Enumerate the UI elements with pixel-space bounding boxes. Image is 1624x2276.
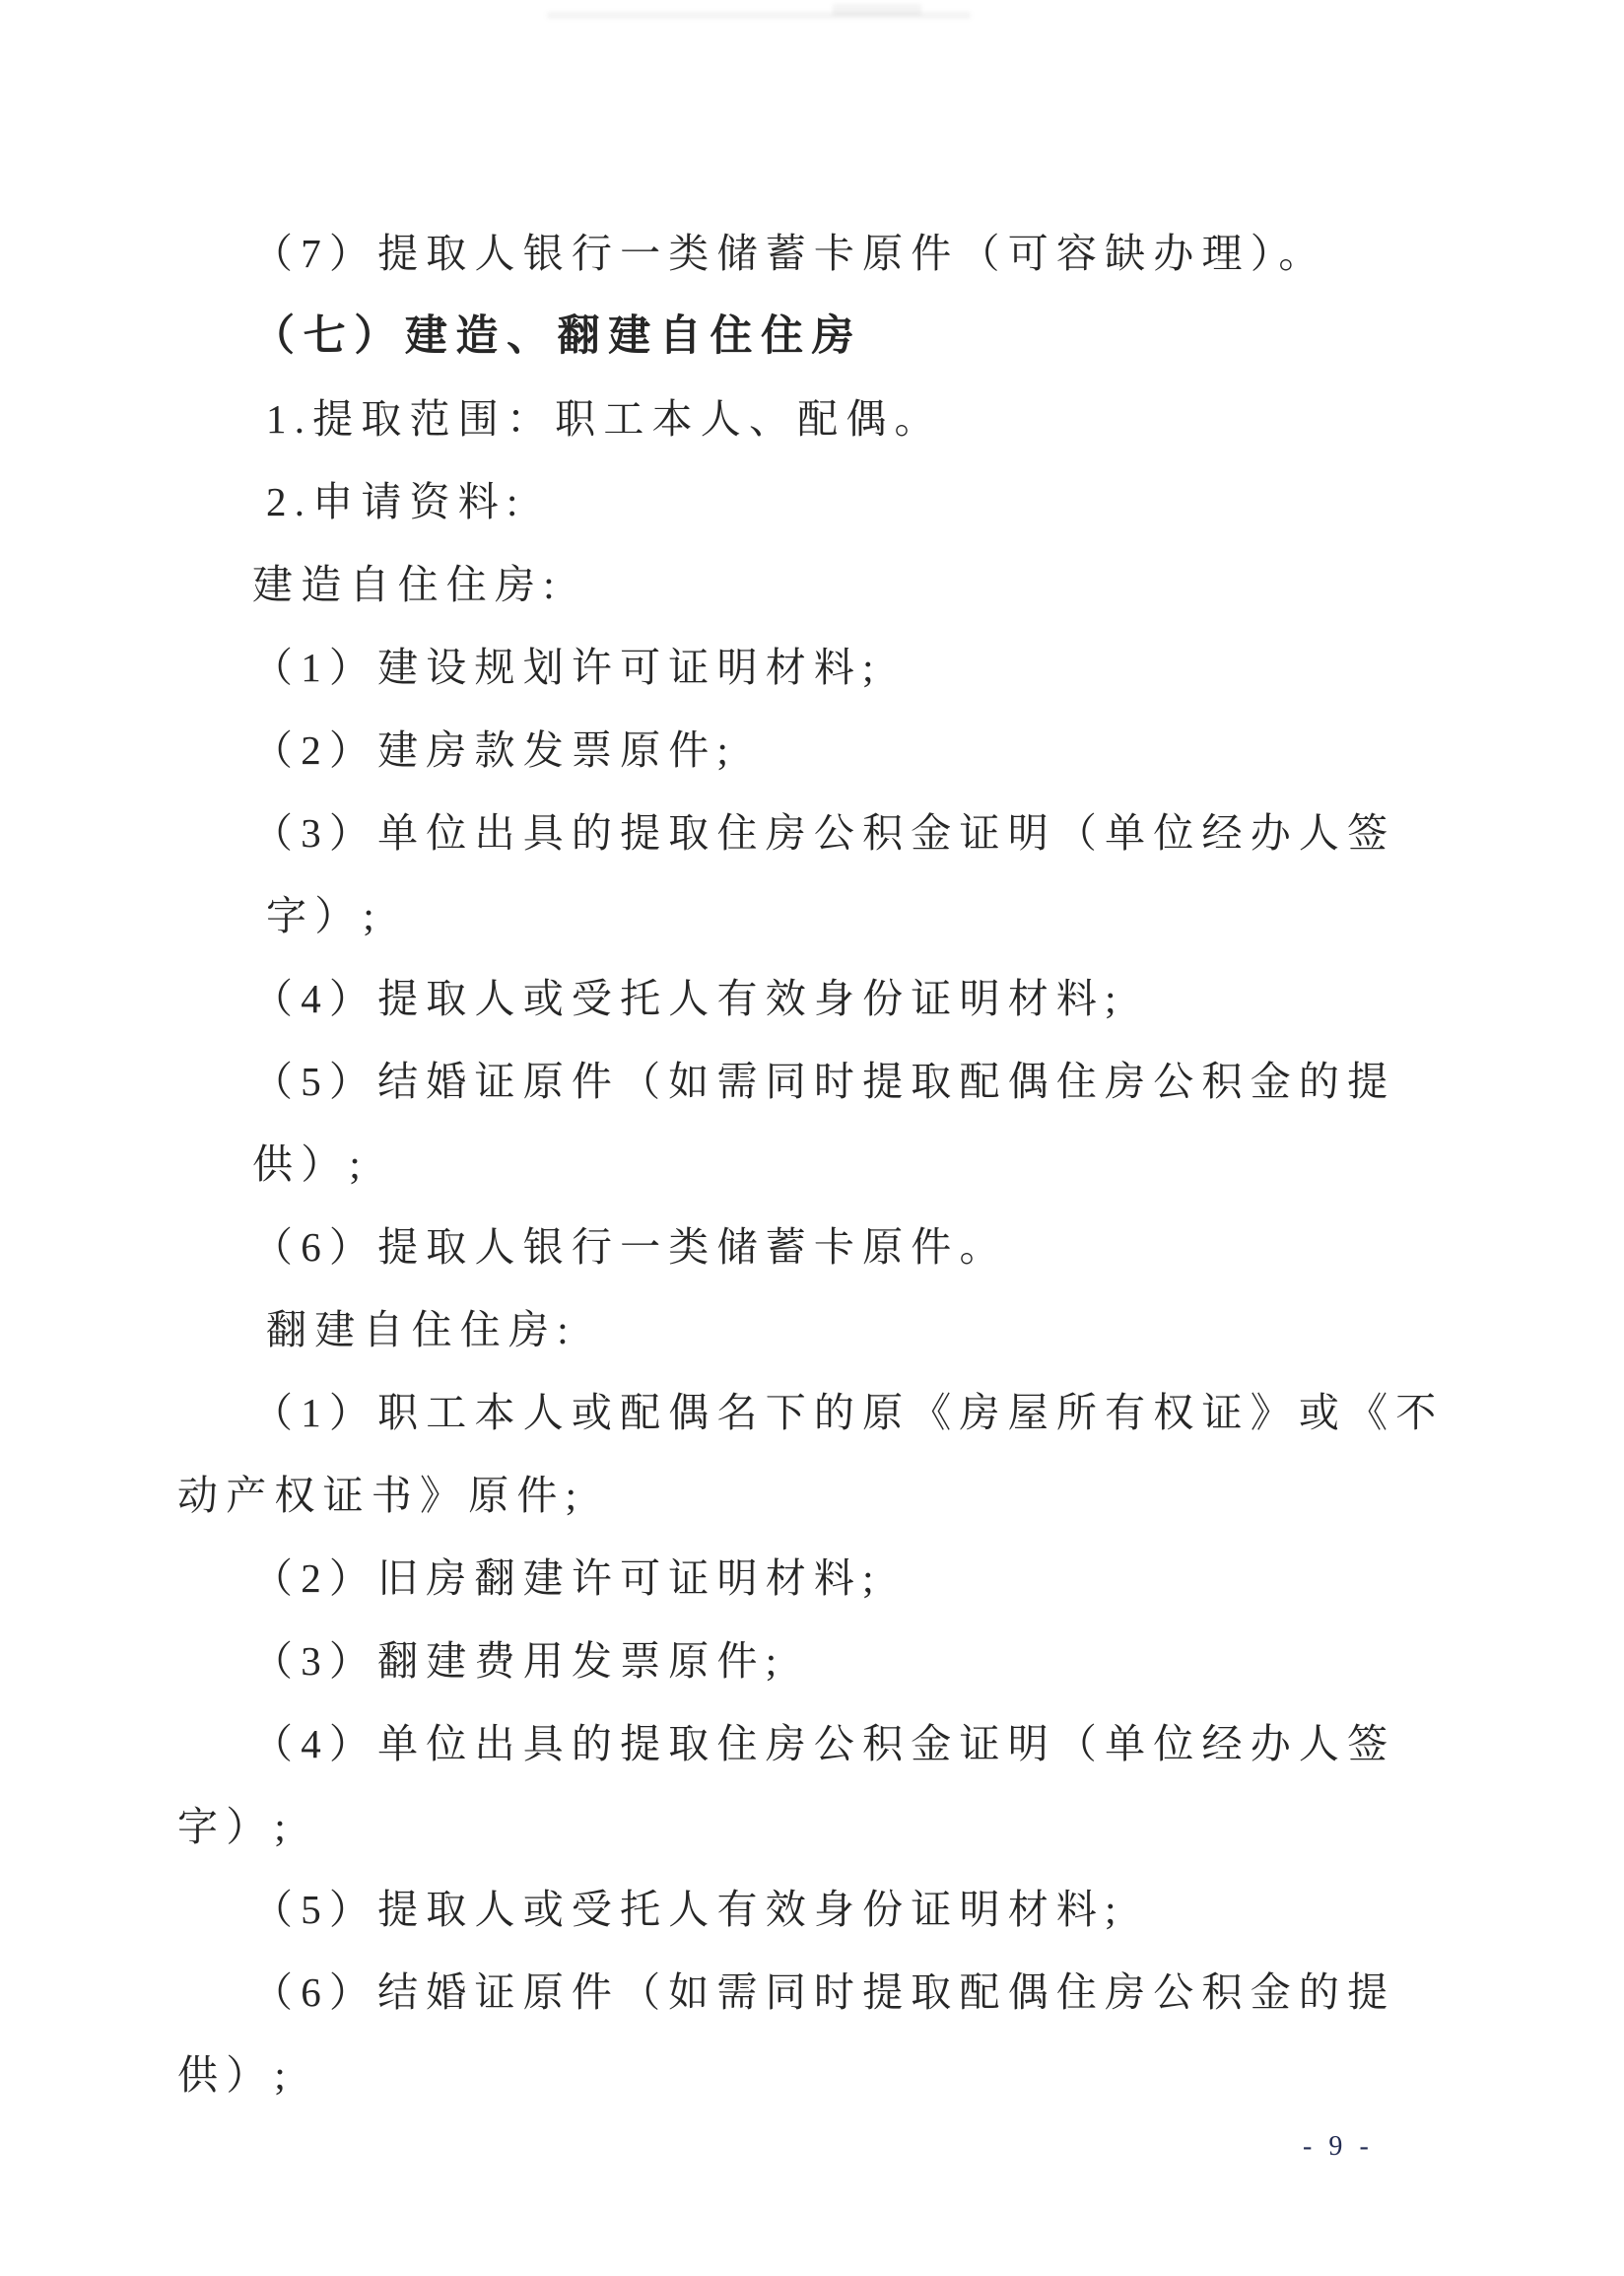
doc-line: （2）旧房翻建许可证明材料; bbox=[177, 1533, 1468, 1616]
scan-artifact bbox=[547, 12, 971, 19]
doc-line: （6）结婚证原件（如需同时提取配偶住房公积金的提 bbox=[177, 1947, 1468, 2030]
doc-line: 字）; bbox=[177, 1781, 1468, 1864]
doc-line: 1.提取范围：职工本人、配偶。 bbox=[177, 374, 1468, 456]
document-body: （7）提取人银行一类储蓄卡原件（可容缺办理）。 （七）建造、翻建自住住房 1.提… bbox=[177, 208, 1468, 2112]
doc-line: 翻建自住住房: bbox=[177, 1284, 1468, 1367]
section-heading: （七）建造、翻建自住住房 bbox=[177, 291, 1468, 374]
document-page: （7）提取人银行一类储蓄卡原件（可容缺办理）。 （七）建造、翻建自住住房 1.提… bbox=[0, 0, 1624, 2276]
doc-line: （2）建房款发票原件; bbox=[177, 705, 1468, 788]
doc-line: 字）; bbox=[177, 870, 1468, 953]
page-number: - 9 - bbox=[1303, 2131, 1374, 2163]
doc-line: 供）; bbox=[177, 2030, 1468, 2112]
doc-line: （3）单位出具的提取住房公积金证明（单位经办人签 bbox=[177, 788, 1468, 870]
doc-line: 动产权证书》原件; bbox=[177, 1450, 1468, 1533]
doc-line: （6）提取人银行一类储蓄卡原件。 bbox=[177, 1202, 1468, 1284]
scan-artifact bbox=[833, 4, 921, 16]
doc-line: 供）; bbox=[177, 1119, 1468, 1202]
section-heading-number: （七） bbox=[252, 303, 405, 363]
section-heading-title: 建造、翻建自住住房 bbox=[405, 303, 862, 363]
doc-line: （1）职工本人或配偶名下的原《房屋所有权证》或《不 bbox=[177, 1367, 1468, 1450]
doc-line: 2.申请资料: bbox=[177, 456, 1468, 539]
doc-line: （4）单位出具的提取住房公积金证明（单位经办人签 bbox=[177, 1698, 1468, 1781]
doc-line: （3）翻建费用发票原件; bbox=[177, 1616, 1468, 1698]
doc-line: （7）提取人银行一类储蓄卡原件（可容缺办理）。 bbox=[177, 208, 1468, 291]
doc-line: （1）建设规划许可证明材料; bbox=[177, 622, 1468, 705]
doc-line: （4）提取人或受托人有效身份证明材料; bbox=[177, 953, 1468, 1036]
doc-line: （5）结婚证原件（如需同时提取配偶住房公积金的提 bbox=[177, 1036, 1468, 1119]
doc-line: 建造自住住房: bbox=[177, 539, 1468, 622]
doc-line: （5）提取人或受托人有效身份证明材料; bbox=[177, 1864, 1468, 1947]
